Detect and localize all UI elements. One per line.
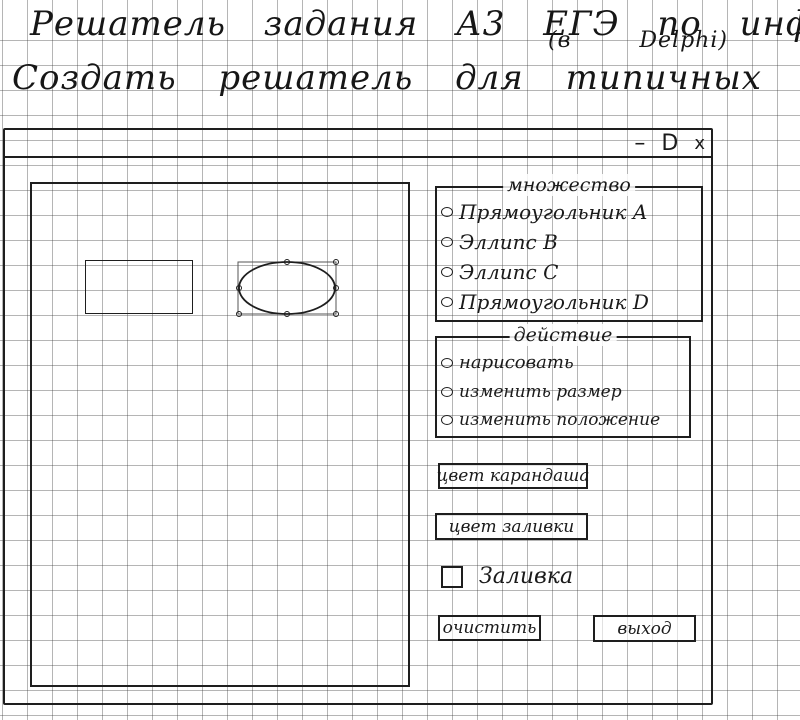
- radio-circle-icon[interactable]: [441, 237, 453, 247]
- radio-label: Эллипс C: [459, 260, 558, 284]
- radio-label: Прямоугольник A: [459, 200, 647, 224]
- radio-ellipse-b[interactable]: Эллипс B: [441, 230, 558, 254]
- radio-draw[interactable]: нарисовать: [441, 352, 574, 373]
- minimize-icon[interactable]: –: [634, 131, 645, 156]
- drawing-canvas[interactable]: [30, 182, 410, 687]
- radio-label: изменить положение: [459, 410, 660, 430]
- radio-circle-icon[interactable]: [441, 415, 453, 425]
- set-group-legend: множество: [503, 174, 635, 196]
- delphi-note: (в Delphi): [548, 28, 728, 53]
- rectangle-shape[interactable]: [85, 260, 193, 314]
- fill-color-button[interactable]: цвет заливки: [435, 513, 588, 540]
- radio-circle-icon[interactable]: [441, 207, 453, 217]
- radio-circle-icon[interactable]: [441, 267, 453, 277]
- radio-label: Эллипс B: [459, 230, 558, 254]
- fill-checkbox-label: Заливка: [479, 564, 573, 589]
- radio-ellipse-c[interactable]: Эллипс C: [441, 260, 558, 284]
- page-subtitle: Создать решатель для типичных задании А3…: [12, 58, 800, 98]
- close-icon[interactable]: x: [694, 133, 705, 154]
- window-controls: – D x: [634, 130, 705, 156]
- window-titlebar[interactable]: – D x: [5, 130, 711, 158]
- clear-button[interactable]: очистить: [438, 615, 541, 641]
- maximize-icon[interactable]: D: [661, 131, 678, 156]
- set-groupbox: множество Прямоугольник A Эллипс B Эллип…: [435, 186, 703, 322]
- radio-label: нарисовать: [459, 352, 574, 373]
- radio-circle-icon[interactable]: [441, 358, 453, 368]
- ellipse-shape[interactable]: [236, 258, 340, 318]
- ellipse-outline: [239, 262, 335, 314]
- exit-button[interactable]: выход: [593, 615, 696, 642]
- action-groupbox: действие нарисовать изменить размер изме…: [435, 336, 691, 438]
- fill-checkbox-row[interactable]: Заливка: [441, 564, 573, 589]
- radio-label: Прямоугольник D: [459, 290, 649, 314]
- radio-label: изменить размер: [459, 382, 622, 402]
- pen-color-button[interactable]: цвет карандаша: [438, 463, 588, 489]
- action-group-legend: действие: [510, 324, 617, 346]
- radio-move[interactable]: изменить положение: [441, 410, 660, 430]
- radio-rectangle-a[interactable]: Прямоугольник A: [441, 200, 647, 224]
- app-window: – D x множество Прямоугольник A Эллипс B: [3, 128, 713, 705]
- radio-rectangle-d[interactable]: Прямоугольник D: [441, 290, 649, 314]
- radio-circle-icon[interactable]: [441, 297, 453, 307]
- fill-checkbox[interactable]: [441, 566, 463, 588]
- radio-resize[interactable]: изменить размер: [441, 382, 622, 402]
- radio-circle-icon[interactable]: [441, 387, 453, 397]
